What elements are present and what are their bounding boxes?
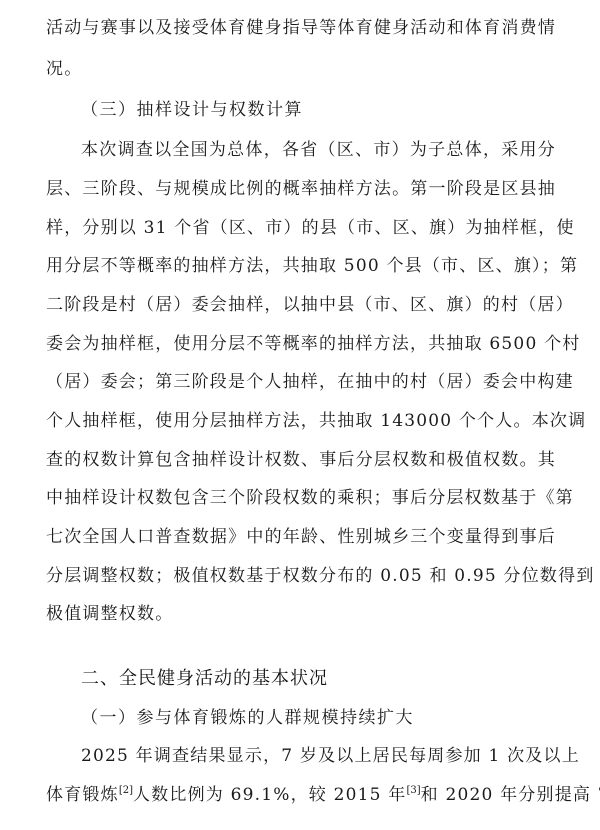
paragraph-line: 体育锻炼[2]人数比例为 69.1%，较 2015 年[3]和 2020 年分别… xyxy=(46,784,556,806)
paragraph-line: 委会为抽样框，使用分层不等概率的抽样方法，共抽取 6500 个村 xyxy=(46,333,556,355)
text-segment: 体育锻炼 xyxy=(46,785,119,805)
paragraph-line: （居）委会；第三阶段是个人抽样，在抽中的村（居）委会中构建 xyxy=(46,371,556,393)
footnote-ref-2[interactable]: [2] xyxy=(119,785,133,796)
text-segment: 和 2020 年分别提高 7.2 xyxy=(421,785,600,805)
section-heading-basic-status: 二、全民健身活动的基本状况 xyxy=(81,668,556,690)
paragraph-line: 个人抽样框，使用分层抽样方法，共抽取 143000 个个人。本次调 xyxy=(46,410,556,432)
paragraph-line: 样，分别以 31 个省（区、市）的县（市、区、旗）为抽样框，使 xyxy=(46,217,556,239)
paragraph-line: 用分层不等概率的抽样方法，共抽取 500 个县（市、区、旗）；第 xyxy=(46,255,556,277)
footnote-ref-3[interactable]: [3] xyxy=(406,785,420,796)
paragraph-line: 极值调整权数。 xyxy=(46,603,556,625)
paragraph-line: 二阶段是村（居）委会抽样，以抽中县（市、区、旗）的村（居） xyxy=(46,294,556,316)
paragraph-line: 本次调查以全国为总体，各省（区、市）为子总体，采用分 xyxy=(81,139,556,161)
paragraph-line: 中抽样设计权数包含三个阶段权数的乘积；事后分层权数基于《第 xyxy=(46,487,556,509)
paragraph-line: 2025 年调查结果显示，7 岁及以上居民每周参加 1 次及以上 xyxy=(81,745,556,767)
text-segment: 人数比例为 69.1%，较 2015 年 xyxy=(133,785,406,805)
paragraph-line: 查的权数计算包含抽样设计权数、事后分层权数和极值权数。其 xyxy=(46,449,556,471)
paragraph-line: 况。 xyxy=(46,58,556,80)
paragraph-line: 七次全国人口普查数据》中的年龄、性别城乡三个变量得到事后 xyxy=(46,526,556,548)
section-heading-sampling-design: （三）抽样设计与权数计算 xyxy=(81,99,556,121)
paragraph-line: 分层调整权数；极值权数基于权数分布的 0.05 和 0.95 分位数得到 xyxy=(46,565,556,587)
subsection-heading-participation: （一）参与体育锻炼的人群规模持续扩大 xyxy=(81,707,556,729)
paragraph-line: 活动与赛事以及接受体育健身指导等体育健身活动和体育消费情 xyxy=(46,17,556,39)
paragraph-line: 层、三阶段、与规模成比例的概率抽样方法。第一阶段是区县抽 xyxy=(46,178,556,200)
